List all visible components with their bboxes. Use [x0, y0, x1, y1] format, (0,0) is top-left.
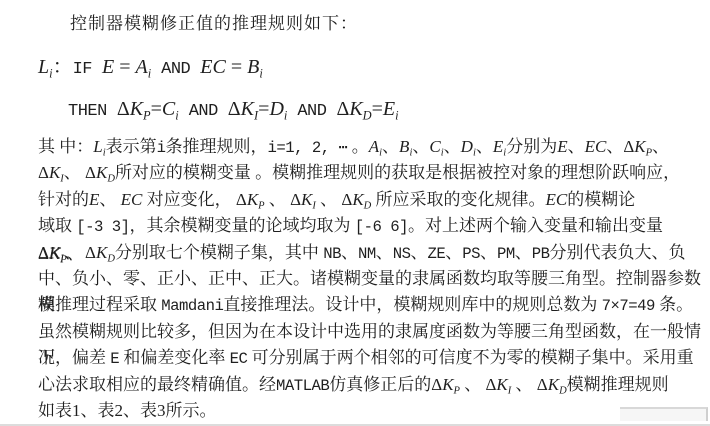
cjk-text: 糊推理过程采取: [38, 295, 161, 314]
math-variable: D: [269, 98, 283, 120]
cjk-text: 、: [64, 243, 85, 262]
math-variable: A: [135, 56, 147, 78]
rule-if-line: Li：IF E = Ai AND EC = Bi: [38, 52, 263, 85]
cjk-text: ：: [53, 56, 73, 78]
cjk-text: [218, 98, 228, 120]
cjk-text: 、: [515, 243, 532, 262]
math-variable: K: [241, 98, 254, 120]
math-symbol: Δ: [38, 243, 49, 262]
math-variable: E: [557, 137, 567, 156]
body-paragraph: 其 中：Li表示第i条推理规则，i=1, 2, ⋯ 。Ai、Bi、Ci、Di、E…: [38, 134, 706, 424]
math-variable: E: [383, 98, 395, 120]
cjk-text: [190, 56, 200, 78]
cjk-text: 、: [410, 243, 427, 262]
cjk-text: 、: [64, 163, 85, 182]
math-variable: EC: [585, 137, 607, 156]
math-subscript: i: [259, 66, 262, 80]
math-variable: K: [634, 137, 645, 156]
math-variable: E: [89, 190, 99, 209]
keyword-text: i: [157, 139, 166, 157]
keyword-text: PB: [532, 245, 550, 263]
keyword-text: [-6 6]: [355, 218, 408, 236]
math-variable: EC: [200, 56, 226, 78]
math-variable: C: [162, 98, 175, 120]
cjk-text: ，其余模糊变量的论域均取为: [130, 216, 355, 235]
keyword-text: 7×7=49: [602, 297, 655, 315]
math-subscript: D: [107, 253, 115, 264]
math-symbol: Δ: [85, 243, 96, 262]
intro-line: 控制器模糊修正值的推理规则如下：: [70, 12, 358, 36]
keyword-text: PM: [497, 245, 515, 263]
math-symbol: Δ: [38, 163, 49, 182]
math-variable: B: [399, 137, 409, 156]
math-subscript: D: [363, 108, 372, 122]
paragraph-line-2: ΔKI、 ΔKD所对应的模糊变量 。模糊推理规则的获取是根据被控对象的理想阶跃响…: [38, 160, 706, 186]
keyword-text: THEN: [68, 102, 107, 121]
math-variable: K: [442, 375, 453, 394]
math-variable: K: [496, 375, 507, 394]
paragraph-line-10: 心法求取相应的最终精确值。经MATLAB仿真修正后的ΔKP 、 ΔKI 、 ΔK…: [38, 372, 706, 398]
math-variable: K: [49, 163, 60, 182]
math-variable: K: [130, 98, 143, 120]
math-variable: B: [247, 56, 259, 78]
math-variable: D: [461, 137, 473, 156]
math-symbol: Δ: [623, 137, 634, 156]
cjk-text: 对应变化，: [142, 190, 236, 209]
cjk-text: [107, 98, 117, 120]
math-subscript: D: [559, 385, 567, 396]
keyword-text: PS: [462, 245, 480, 263]
cjk-text: 和偏差变化率: [119, 348, 230, 367]
cjk-text: 、: [444, 137, 461, 156]
cjk-text: 、: [652, 137, 669, 156]
cjk-text: 、: [476, 137, 493, 156]
cjk-text: 针对的: [38, 190, 89, 209]
math-variable: K: [301, 190, 312, 209]
cjk-text: 、: [460, 375, 486, 394]
math-variable: A: [369, 137, 379, 156]
cjk-text: 所对应的模糊变量 。模糊推理规则的获取是根据被控对象的理想阶跃响应，: [115, 163, 680, 182]
keyword-text: ZE: [427, 245, 445, 263]
math-symbol: Δ: [290, 190, 301, 209]
cjk-text: 直接推理法。设计中，模糊规则库中的规则总数为: [223, 295, 601, 314]
paragraph-line-7: 糊推理过程采取 Mamdani直接推理法。设计中，模糊规则库中的规则总数为 7×…: [38, 292, 706, 318]
cjk-text: 、: [511, 375, 537, 394]
cjk-text: 其 中：: [38, 137, 93, 156]
math-symbol: =: [151, 98, 162, 120]
math-symbol: =: [226, 56, 247, 78]
cjk-text: 、: [382, 137, 399, 156]
keyword-text: AND: [189, 102, 218, 121]
keyword-text: Mamdani: [161, 297, 223, 315]
math-variable: K: [49, 243, 60, 262]
math-variable: K: [349, 98, 362, 120]
cjk-text: 、: [445, 243, 462, 262]
math-subscript: i: [395, 108, 398, 122]
paragraph-line-9: 下，偏差 E 和偏差变化率 EC 可分别属于两个相邻的可信度不为零的模糊子集中。…: [38, 345, 706, 371]
math-symbol: Δ: [117, 98, 130, 120]
rule-then-line: THEN ΔKP=Ci AND ΔKI=Di AND ΔKD=Ei: [68, 94, 399, 127]
math-symbol: Δ: [341, 190, 352, 209]
cjk-text: 、: [376, 243, 393, 262]
math-variable: K: [247, 190, 258, 209]
keyword-text: EC: [230, 350, 248, 368]
paragraph-line-4: 域取 [-3 3]，其余模糊变量的论域均取为 [-6 6]。对上述两个输入变量和…: [38, 213, 706, 239]
cjk-text: 、: [480, 243, 497, 262]
math-symbol: Δ: [85, 163, 96, 182]
cjk-text: 所应采取的变化规律。: [371, 190, 545, 209]
keyword-text: AND: [297, 102, 326, 121]
paragraph-line-11: 如表1、表2、表3所示。: [38, 398, 706, 424]
math-variable: E: [493, 137, 503, 156]
cjk-text: [92, 56, 102, 78]
cjk-text: 分别为: [506, 137, 557, 156]
cjk-text: 、: [412, 137, 429, 156]
paragraph-line-6: 中、负小、零、正小、正中、正大。诸模糊变量的隶属函数均取等腰三角型。控制器参数模: [38, 266, 706, 292]
cjk-text: 分别代表负大、负: [550, 243, 686, 262]
scan-artifact: [620, 407, 708, 421]
math-subscript: D: [107, 174, 115, 185]
math-symbol: Δ: [485, 375, 496, 394]
keyword-text: NS: [393, 245, 411, 263]
keyword-text: IF: [73, 60, 92, 79]
keyword-text: AND: [161, 60, 190, 79]
cjk-text: 条。: [655, 295, 693, 314]
cjk-text: 如表1、表2、表3所示。: [38, 401, 217, 420]
math-symbol: =: [258, 98, 269, 120]
cjk-text: 的模糊论: [567, 190, 635, 209]
math-subscript: P: [143, 108, 151, 122]
cjk-text: 。: [347, 137, 368, 156]
cjk-text: 可分别属于两个相邻的可信度不为零的模糊子集中。采用重: [247, 348, 693, 367]
math-symbol: Δ: [537, 375, 548, 394]
math-variable: E: [102, 56, 114, 78]
cjk-text: 心法求取相应的最终精确值。经: [38, 375, 276, 394]
keyword-text: i=1, 2, ⋯: [268, 139, 348, 157]
cjk-text: [179, 98, 189, 120]
math-variable: K: [96, 163, 107, 182]
keyword-text: MATLAB: [276, 377, 329, 395]
cjk-text: 域取: [38, 216, 76, 235]
cjk-text: 模糊推理规则: [567, 375, 669, 394]
keyword-text: E: [110, 350, 119, 368]
math-symbol: =: [114, 56, 135, 78]
math-variable: C: [429, 137, 440, 156]
paragraph-line-1: 其 中：Li表示第i条推理规则，i=1, 2, ⋯ 。Ai、Bi、Ci、Di、E…: [38, 134, 706, 160]
keyword-text: NM: [358, 245, 376, 263]
cjk-text: 表示第: [106, 137, 157, 156]
paragraph-line-3: 针对的E、 EC 对应变化， ΔKP 、 ΔKI 、 ΔKD 所应采取的变化规律…: [38, 187, 706, 213]
cjk-text: 。对上述两个输入变量和输出变量: [408, 216, 663, 235]
cjk-text: 、: [606, 137, 623, 156]
document-page: 控制器模糊修正值的推理规则如下： Li：IF E = Ai AND EC = B…: [0, 0, 710, 426]
cjk-text: 分别取七个模糊子集，其中: [115, 243, 323, 262]
math-symbol: Δ: [431, 375, 442, 394]
cjk-text: 、: [265, 190, 291, 209]
cjk-text: 、: [99, 190, 120, 209]
cjk-text: 仿真修正后的: [329, 375, 431, 394]
cjk-text: [287, 98, 297, 120]
math-variable: K: [96, 243, 107, 262]
math-variable: EC: [121, 190, 143, 209]
math-symbol: Δ: [236, 190, 247, 209]
math-variable: K: [352, 190, 363, 209]
keyword-text: [-3 3]: [76, 218, 129, 236]
math-variable: L: [38, 56, 49, 78]
cjk-text: 条推理规则，: [166, 137, 268, 156]
paragraph-line-8: 虽然模糊规则比较多，但因为在本设计中选用的隶属度函数为等腰三角型函数，在一般情况: [38, 319, 706, 345]
cjk-text: 、: [568, 137, 585, 156]
keyword-text: NB: [323, 245, 341, 263]
cjk-text: 、: [341, 243, 358, 262]
cjk-text: 下，偏差: [38, 348, 110, 367]
cjk-text: [326, 98, 336, 120]
cjk-text: [151, 56, 161, 78]
math-symbol: Δ: [336, 98, 349, 120]
math-variable: K: [548, 375, 559, 394]
paragraph-line-5: ΔKI、 ΔKD分别取七个模糊子集，其中 NB、NM、NS、ZE、PS、PM、P…: [38, 240, 706, 266]
cjk-text: 、: [316, 190, 342, 209]
math-variable: L: [93, 137, 102, 156]
math-symbol: Δ: [228, 98, 241, 120]
math-symbol: =: [372, 98, 383, 120]
math-variable: EC: [546, 190, 568, 209]
